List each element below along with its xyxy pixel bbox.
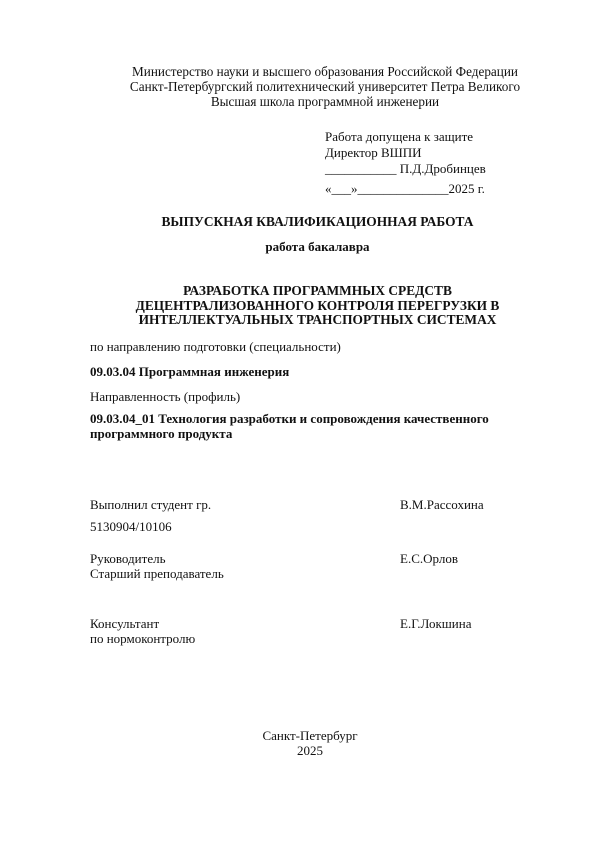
direction-value: 09.03.04 Программная инженерия xyxy=(90,364,289,379)
university-line: Санкт-Петербургский политехнический унив… xyxy=(0,79,595,94)
thesis-title-line: ИНТЕЛЛЕКТУАЛЬНЫХ ТРАНСПОРТНЫХ СИСТЕМАХ xyxy=(80,313,555,328)
profile-value-line: программного продукта xyxy=(90,426,489,441)
approval-date-line: «___»______________2025 г. xyxy=(325,181,486,197)
profile-value: 09.03.04_01 Технология разработки и сопр… xyxy=(90,411,489,441)
ministry-header: Министерство науки и высшего образования… xyxy=(0,64,595,109)
profile-label: Направленность (профиль) xyxy=(90,389,240,404)
document-type: ВЫПУСКНАЯ КВАЛИФИКАЦИОННАЯ РАБОТА xyxy=(0,214,595,229)
footer-city: Санкт-Петербург xyxy=(0,728,595,743)
supervisor-name: Е.С.Орлов xyxy=(400,551,458,566)
thesis-title-line: РАЗРАБОТКА ПРОГРАММНЫХ СРЕДСТВ xyxy=(80,284,555,299)
thesis-title: РАЗРАБОТКА ПРОГРАММНЫХ СРЕДСТВ ДЕЦЕНТРАЛ… xyxy=(80,284,555,328)
consultant-subtitle: по нормоконтролю xyxy=(90,631,195,646)
consultant-name: Е.Г.Локшина xyxy=(400,616,472,631)
consultant-label: Консультант xyxy=(90,616,159,631)
supervisor-position: Старший преподаватель xyxy=(90,566,224,581)
footer-year: 2025 xyxy=(0,743,595,758)
student-label: Выполнил студент гр. xyxy=(90,497,211,512)
approval-block: Работа допущена к защите Директор ВШПИ _… xyxy=(325,129,486,197)
school-line: Высшая школа программной инженерии xyxy=(0,94,595,109)
approval-admitted: Работа допущена к защите xyxy=(325,129,486,145)
footer: Санкт-Петербург 2025 xyxy=(0,728,595,758)
ministry-line: Министерство науки и высшего образования… xyxy=(0,64,595,79)
profile-value-line: 09.03.04_01 Технология разработки и сопр… xyxy=(90,411,489,426)
approval-signature-line: ___________ П.Д.Дробинцев xyxy=(325,161,486,177)
direction-label: по направлению подготовки (специальности… xyxy=(90,339,341,354)
work-kind: работа бакалавра xyxy=(0,239,595,254)
supervisor-label: Руководитель xyxy=(90,551,166,566)
student-name: В.М.Рассохина xyxy=(400,497,484,512)
approval-position: Директор ВШПИ xyxy=(325,145,486,161)
thesis-title-line: ДЕЦЕНТРАЛИЗОВАННОГО КОНТРОЛЯ ПЕРЕГРУЗКИ … xyxy=(80,299,555,314)
student-group: 5130904/10106 xyxy=(90,519,172,534)
